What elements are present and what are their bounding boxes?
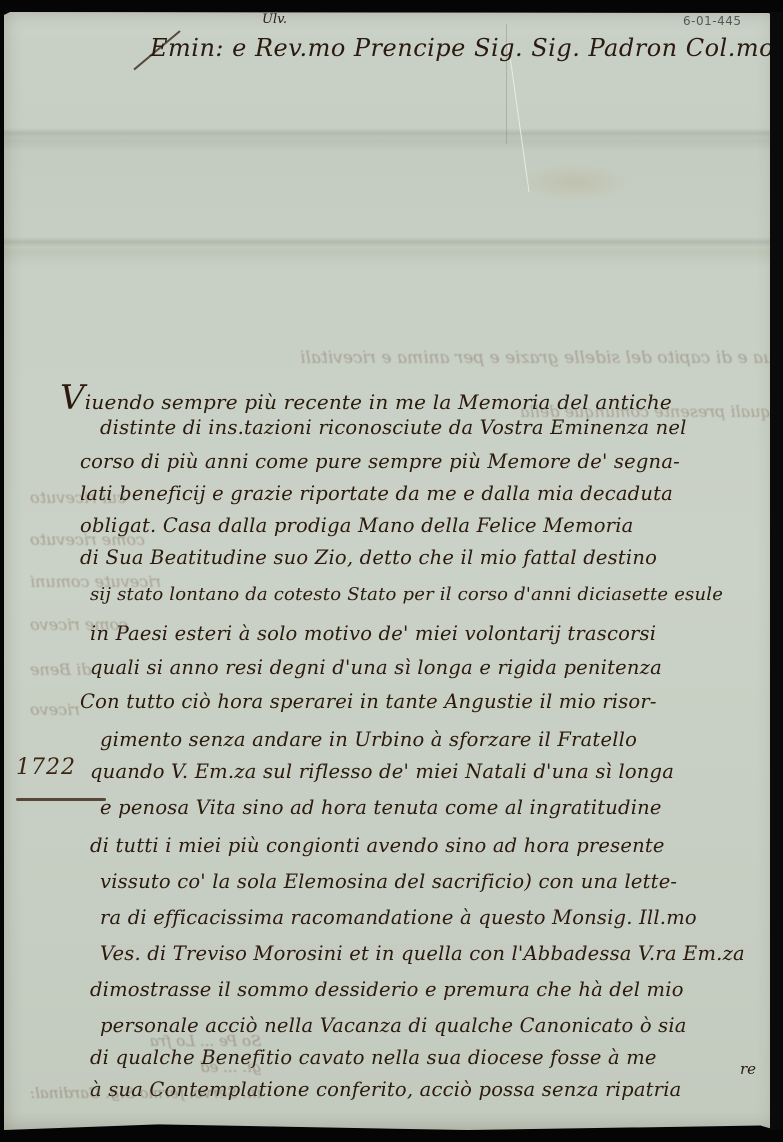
letter-line: Ves. di Treviso Morosini et in quella co… — [100, 942, 745, 965]
letter-line: sij stato lontano da cotesto Stato per i… — [90, 584, 723, 605]
bleed-through-line: So Pe ... Lo fra — [30, 1028, 261, 1054]
letter-line: dimostrasse il sommo dessiderio e premur… — [90, 978, 684, 1001]
letter-line: di tutti i miei più congionti avendo sin… — [90, 834, 665, 857]
salutation-text: Emin: e Rev.mo Prencipe Sig. Sig. Padron… — [150, 34, 774, 62]
letter-line: obligat. Casa dalla prodiga Mano della F… — [80, 514, 633, 537]
bleed-through-line: in qua e di capito del sidelle grazie e … — [300, 348, 783, 368]
bleed-through-line: gi. ... ed — [30, 1054, 261, 1080]
margin-annotation: 1722 — [16, 755, 76, 780]
letter-line: vissuto co' la sola Elemosina del sacrif… — [100, 870, 677, 893]
scan-background — [0, 0, 783, 1142]
letter-line: in Paesi esteri à solo motivo de' miei v… — [90, 622, 656, 645]
letter-line: di Sua Beatitudine suo Zio, detto che il… — [80, 546, 657, 569]
horizontal-fold-crease — [4, 237, 776, 247]
margin-underline — [16, 798, 106, 801]
salutation: Ulv. Emin: e Rev.mo Prencipe Sig. Sig. P… — [150, 20, 774, 62]
letter-line: corso di più anni come pure sempre più M… — [80, 450, 680, 473]
catchword: re — [740, 1060, 756, 1078]
bleed-through-line: di Bene — [30, 660, 91, 679]
bleed-through-line: ricevo — [30, 700, 80, 719]
scan-edge-shadow — [770, 12, 783, 1130]
letter-line: Con tutto ciò hora sperarei in tante Ang… — [80, 690, 657, 713]
letter-line: distinte di ins.tazioni riconosciute da … — [100, 416, 687, 439]
letter-line: quali si anno resi degni d'una sì longa … — [90, 656, 662, 679]
letter-line: e penosa Vita sino ad hora tenuta come a… — [100, 796, 662, 819]
letter-line: quando V. Em.za sul riflesso de' miei Na… — [90, 760, 674, 783]
salutation-superscript: Ulv. — [262, 12, 287, 27]
bottom-bleed-through: So Pe ... Lo fra gi. ... ed in. Servo. f… — [30, 1028, 261, 1106]
paper-stain — [514, 162, 634, 202]
letter-line: Viuendo sempre più recente in me la Memo… — [60, 378, 672, 418]
letter-line: lati beneficij e grazie riportate da me … — [80, 482, 673, 505]
letter-line: gimento senza andare in Urbino à sforzar… — [100, 728, 637, 751]
letter-line: ra di efficacissima racomandatione à que… — [100, 906, 697, 929]
horizontal-fold-crease — [4, 128, 776, 138]
bleed-through-line: in. Servo. fermo Sig. Cardinal: — [30, 1080, 261, 1106]
